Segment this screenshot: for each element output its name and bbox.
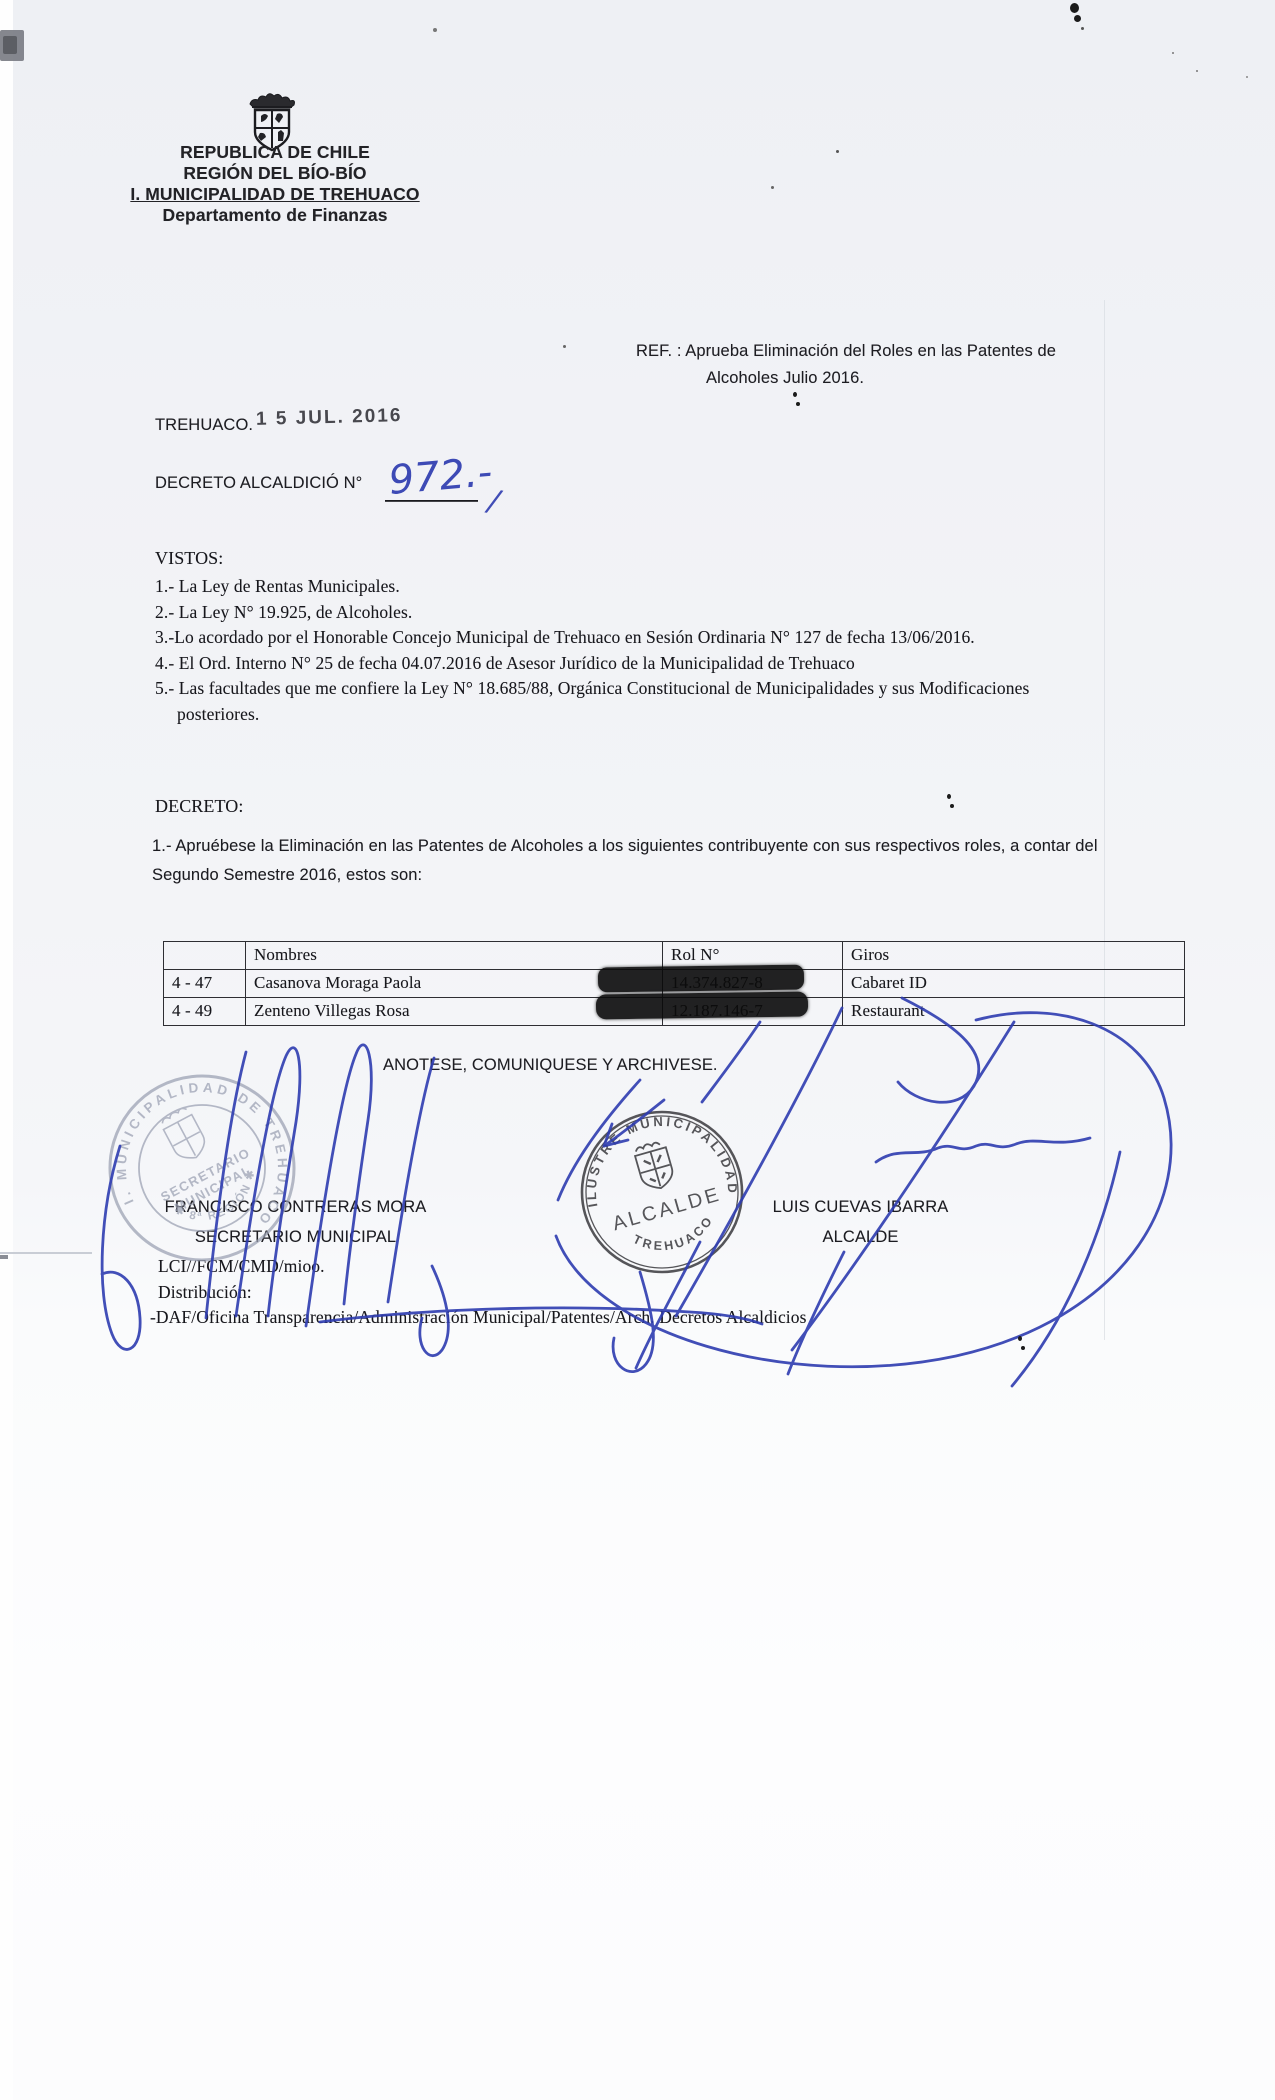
ref-block: REF. : Aprueba Eliminación del Roles en …: [636, 338, 1136, 392]
vistos-item: 1.- La Ley de Rentas Municipales.: [155, 574, 1110, 600]
paper-fold-line: [1104, 300, 1105, 1340]
letterhead: REPUBLICA DE CHILE REGIÓN DEL BÍO-BÍO I.…: [40, 142, 510, 226]
footer-initials: LCI//FCM/CMD/mioo.: [158, 1256, 325, 1277]
scan-edge-strip: [0, 0, 13, 2100]
table-header-row: Nombres Rol N° Giros: [164, 942, 1185, 970]
scan-speck: [433, 28, 437, 32]
scan-speck: [796, 402, 800, 406]
scan-speck: [793, 392, 797, 397]
scan-speck: [1021, 1346, 1025, 1350]
closing-line: ANOTESE, COMUNIQUESE Y ARCHIVESE.: [383, 1056, 718, 1075]
vistos-item: 2.- La Ley N° 19.925, de Alcoholes.: [155, 600, 1110, 626]
letterhead-country: REPUBLICA DE CHILE: [40, 142, 510, 163]
paper-crease: [0, 1252, 92, 1254]
vistos-item: 5.- Las facultades que me confiere la Le…: [155, 676, 1110, 727]
header-cell-nombres: Nombres: [246, 942, 663, 970]
scan-speck: [1172, 52, 1174, 54]
scan-speck: [1070, 3, 1079, 13]
scan-speck: [950, 804, 954, 808]
cell-code: 4 - 47: [164, 970, 246, 998]
scan-corner-artifact-inner: [3, 36, 17, 54]
redaction-bar: [598, 965, 804, 993]
place-label: TREHUACO.: [155, 416, 253, 435]
cell-giro: Cabaret ID: [843, 970, 1185, 998]
cell-giro: Restaurant: [843, 998, 1185, 1026]
scan-speck: [1081, 27, 1084, 30]
scan-speck: [1196, 70, 1198, 72]
decreto-paragraph: 1.- Apruébese la Eliminación en las Pate…: [152, 832, 1152, 890]
letterhead-department: Departamento de Finanzas: [40, 205, 510, 226]
scan-speck: [771, 186, 774, 189]
header-cell-giros: Giros: [843, 942, 1185, 970]
scan-background: [0, 0, 1275, 2100]
decree-number-label: DECRETO ALCALDICIÓ N°: [155, 474, 362, 493]
secretario-title: SECRETARIO MUNICIPAL: [158, 1222, 433, 1252]
scan-speck: [947, 794, 951, 799]
cell-code: 4 - 49: [164, 998, 246, 1026]
letterhead-region: REGIÓN DEL BÍO-BÍO: [40, 163, 510, 184]
vistos-item: 4.- El Ord. Interno N° 25 de fecha 04.07…: [155, 651, 1110, 677]
vistos-item: 3.-Lo acordado por el Honorable Concejo …: [155, 625, 1110, 651]
redaction-bar: [596, 992, 808, 1020]
scan-speck: [1018, 1336, 1022, 1341]
ref-line1: REF. : Aprueba Eliminación del Roles en …: [636, 338, 1136, 365]
distribution-label: Distribución:: [158, 1282, 252, 1303]
ref-line2: Alcoholes Julio 2016.: [636, 365, 1136, 392]
vistos-title: VISTOS:: [155, 548, 223, 569]
letterhead-municipality: I. MUNICIPALIDAD DE TREHUACO: [40, 184, 510, 205]
vistos-list: 1.- La Ley de Rentas Municipales. 2.- La…: [155, 574, 1110, 727]
signature-block-alcalde: LUIS CUEVAS IBARRA ALCALDE: [758, 1192, 963, 1252]
header-cell-code: [164, 942, 246, 970]
secretario-name: FRANCISCO CONTRERAS MORA: [158, 1192, 433, 1222]
distribution-line: -DAF/Oficina Transparencia/Administració…: [150, 1307, 807, 1328]
date-stamp: 1 5 JUL. 2016: [256, 405, 403, 431]
paper-crease-tick: [0, 1255, 8, 1259]
decreto-title: DECRETO:: [155, 796, 243, 817]
scan-speck: [1246, 76, 1248, 78]
alcalde-title: ALCALDE: [758, 1222, 963, 1252]
scan-speck: [836, 150, 839, 153]
alcalde-name: LUIS CUEVAS IBARRA: [758, 1192, 963, 1222]
signature-block-secretario: FRANCISCO CONTRERAS MORA SECRETARIO MUNI…: [158, 1192, 433, 1252]
scan-speck: [563, 345, 566, 348]
scan-speck: [1074, 15, 1081, 22]
